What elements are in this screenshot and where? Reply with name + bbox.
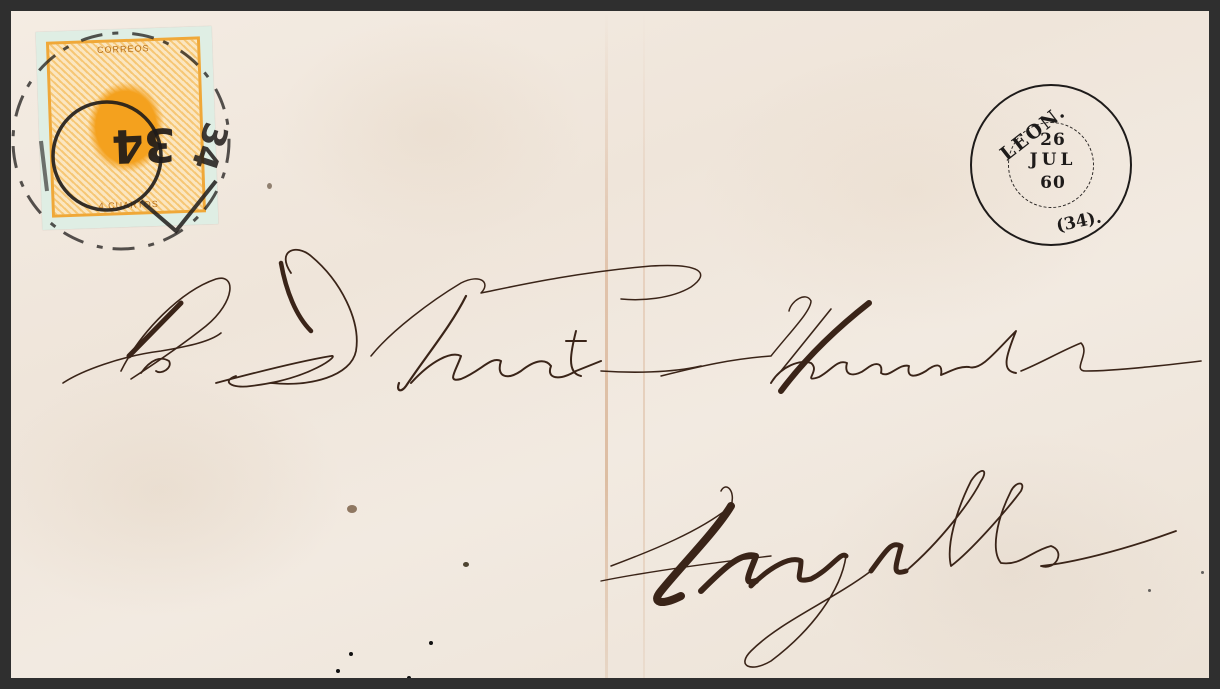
letter-cover: CORREOS 4 CUARTOS 34 34: [11, 11, 1209, 678]
photo-frame: CORREOS 4 CUARTOS 34 34: [0, 0, 1220, 689]
postmark-year: 60: [972, 173, 1134, 193]
handwritten-address-line2: [601, 471, 1176, 667]
handwritten-address-line1: [63, 250, 701, 391]
postmark-department: (34).: [1054, 207, 1103, 236]
numeral-cancel-rings: [13, 33, 229, 249]
date-postmark: LEON. 26 JUL 60 (34).: [970, 84, 1132, 246]
postmark-day: 26: [972, 130, 1134, 150]
handwritten-address-line1-surname: [661, 297, 1201, 391]
postmark-month: JUL: [972, 150, 1134, 170]
